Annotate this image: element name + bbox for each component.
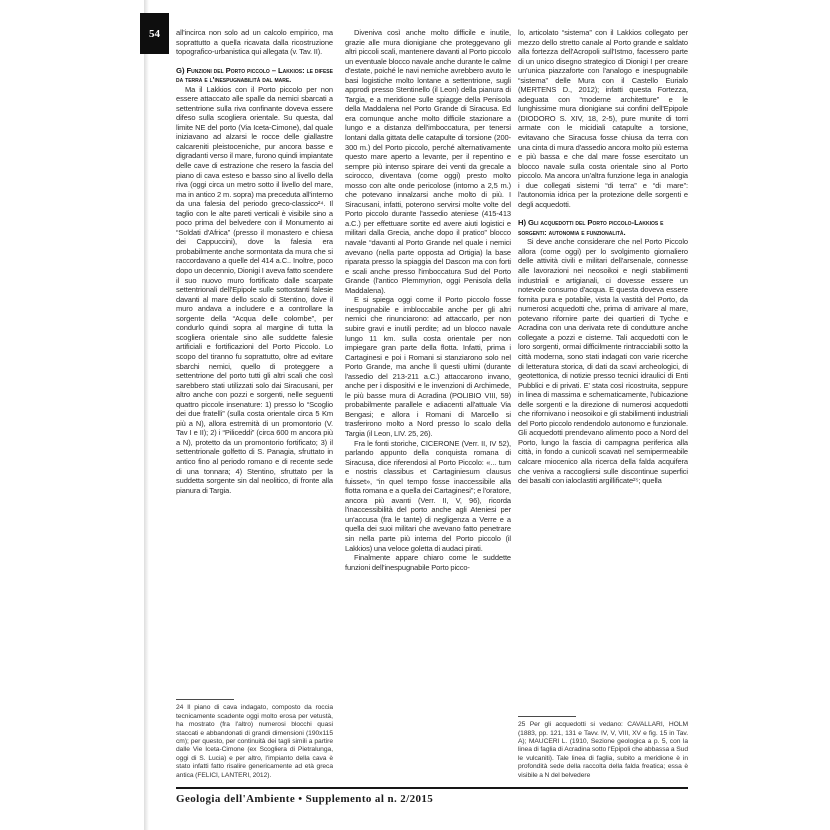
journal-footer-text: Geologia dell'Ambiente • Supplemento al … [176,793,688,805]
section-heading-h: H) Gli acquedotti del Porto piccolo-Lakk… [518,218,688,237]
footnote-separator [518,716,576,717]
text-column-3: lo, articolato “sistema” con il Lakkios … [518,28,688,780]
paragraph-continuation: lo, articolato “sistema” con il Lakkios … [518,28,688,209]
page-number: 54 [149,28,160,40]
paragraph-intro: all'incirca non solo ad un calcolo empir… [176,28,333,57]
footnote-24-text: 24 Il piano di cava indagato, composto d… [176,704,333,780]
paragraph: Si deve anche considerare che nel Porto … [518,237,688,485]
page-edge-shadow [144,0,149,830]
footnote-24: 24 Il piano di cava indagato, composto d… [176,697,333,780]
footnote-separator [176,699,234,700]
paragraph: Finalmente appare chiaro come le suddett… [345,553,511,572]
paragraph: E si spiega oggi come il Porto piccolo f… [345,295,511,438]
footnote-25: 25 Per gli acquedotti si vedano: CAVALLA… [518,714,688,780]
scanned-journal-page: 54 all'incirca non solo ad un calcolo em… [0,0,830,830]
page-footer: Geologia dell'Ambiente • Supplemento al … [176,787,688,805]
paragraph-body: Ma il Lakkios con il Porto piccolo per n… [176,85,333,496]
section-heading-g: G) Funzioni del Porto piccolo – Lakkios:… [176,66,333,85]
text-column-2: Diveniva così anche molto difficile e in… [345,28,511,780]
paragraph: Diveniva così anche molto difficile e in… [345,28,511,295]
text-column-1: all'incirca non solo ad un calcolo empir… [176,28,333,780]
paragraph: Fra le fonti storiche, CICERONE (Verr. I… [345,439,511,554]
footnote-25-text: 25 Per gli acquedotti si vedano: CAVALLA… [518,721,688,780]
page-number-box: 54 [140,13,169,54]
page-sheet: 54 all'incirca non solo ad un calcolo em… [140,0,691,830]
